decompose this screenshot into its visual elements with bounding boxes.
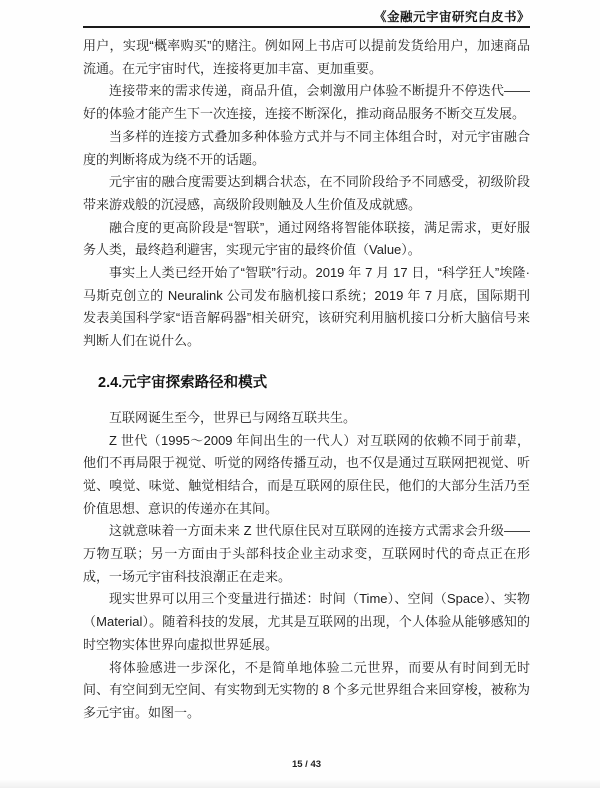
document-body: 用户，实现“概率购买”的赌注。例如网上书店可以提前发货给用户，加速商品流通。在元… bbox=[83, 35, 530, 725]
header-rule bbox=[83, 26, 530, 28]
body-paragraph: 当多样的连接方式叠加多种体验方式并与不同主体组合时，对元宇宙融合度的判断将成为绕… bbox=[83, 126, 530, 171]
body-paragraph: Z 世代（1995～2009 年间出生的一代人）对互联网的依赖不同于前辈，他们不… bbox=[83, 430, 530, 521]
body-paragraph: 用户，实现“概率购买”的赌注。例如网上书店可以提前发货给用户，加速商品流通。在元… bbox=[83, 35, 530, 80]
body-paragraph: 现实世界可以用三个变量进行描述：时间（Time）、空间（Space）、实物（Ma… bbox=[83, 588, 530, 656]
body-paragraph: 将体验感进一步深化，不是简单地体验二元世界，而要从有时间到无时间、有空间到无空间… bbox=[83, 657, 530, 725]
running-header-title: 《金融元宇宙研究白皮书》 bbox=[83, 7, 530, 25]
section-heading: 2.4.元宇宙探索路径和模式 bbox=[83, 374, 530, 393]
body-paragraph: 元宇宙的融合度需要达到耦合状态，在不同阶段给予不同感受，初级阶段带来游戏般的沉浸… bbox=[83, 171, 530, 216]
page-number: 15 / 43 bbox=[83, 759, 530, 770]
document-page: 《金融元宇宙研究白皮书》 用户，实现“概率购买”的赌注。例如网上书店可以提前发货… bbox=[0, 0, 600, 788]
body-paragraph: 融合度的更高阶段是“智联”，通过网络将智能体联接，满足需求，更好服务人类，最终趋… bbox=[83, 217, 530, 262]
body-paragraph: 事实上人类已经开始了“智联”行动。2019 年 7 月 17 日，“科学狂人”埃… bbox=[83, 262, 530, 353]
body-paragraph: 互联网诞生至今，世界已与网络互联共生。 bbox=[83, 407, 530, 430]
body-paragraph: 这就意味着一方面未来 Z 世代原住民对互联网的连接方式需求会升级——万物互联；另… bbox=[83, 520, 530, 588]
body-paragraph: 连接带来的需求传递，商品升值，会刺激用户体验不断提升不停迭代——好的体验才能产生… bbox=[83, 80, 530, 125]
